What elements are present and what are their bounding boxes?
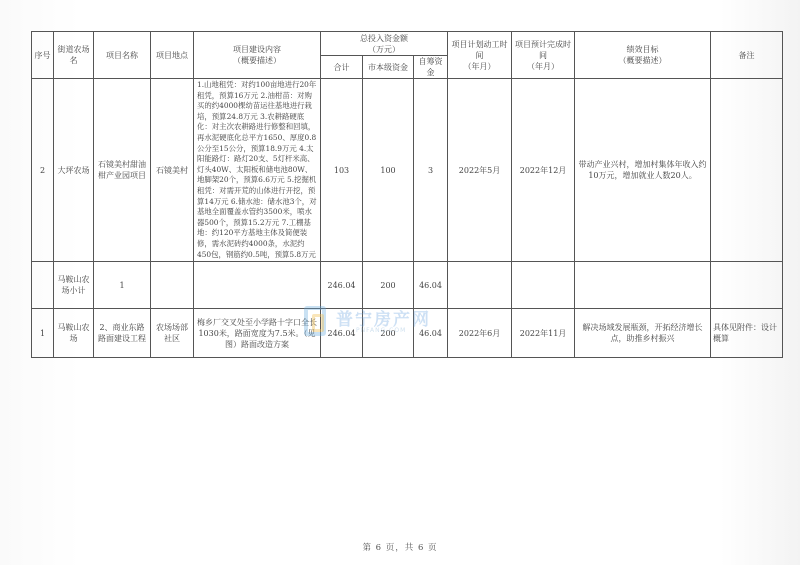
- cell-seq: 2: [32, 79, 54, 262]
- header-total-invest-title: 总投入资金额: [323, 33, 445, 44]
- cell-goal: 解决场域发展瓶颈，开拓经济增长点，助推乡村振兴: [575, 309, 711, 358]
- subtotal-row: 马鞍山农场小计 1 246.04 200 46.04: [32, 262, 783, 309]
- cell-street-farm: 马鞍山农场: [54, 309, 94, 358]
- header-goal-title: 绩效目标: [577, 44, 708, 55]
- cell-project-location: 石镜美村: [151, 79, 194, 262]
- header-project-name: 项目名称: [94, 32, 151, 79]
- cell-remarks: 具体见附件：设计概算: [711, 309, 783, 358]
- document-page: 序号 街道农场名 项目名称 项目地点 项目建设内容 （概要描述） 总投入资金额 …: [0, 0, 800, 565]
- header-self-funds: 自筹资金: [414, 56, 448, 79]
- cell-city-funds: 200: [363, 309, 414, 358]
- header-row: 序号 街道农场名 项目名称 项目地点 项目建设内容 （概要描述） 总投入资金额 …: [32, 32, 783, 56]
- header-total-invest-unit: （万元）: [323, 44, 445, 55]
- header-remarks: 备注: [711, 32, 783, 79]
- header-start-time-unit: （年月）: [450, 61, 509, 72]
- header-project-location: 项目地点: [151, 32, 194, 79]
- cell-self-funds: 46.04: [414, 262, 448, 309]
- cell-remarks: [711, 79, 783, 262]
- cell-street-farm: 大坪农场: [54, 79, 94, 262]
- project-table: 序号 街道农场名 项目名称 项目地点 项目建设内容 （概要描述） 总投入资金额 …: [31, 31, 783, 358]
- cell-seq: [32, 262, 54, 309]
- header-total-invest: 总投入资金额 （万元）: [321, 32, 448, 56]
- cell-start-time: [448, 262, 512, 309]
- header-end-time-title: 项目预计完成时间: [514, 39, 572, 61]
- cell-sum: 103: [321, 79, 363, 262]
- header-end-time: 项目预计完成时间 （年月）: [512, 32, 575, 79]
- header-start-time: 项目计划动工时间 （年月）: [448, 32, 512, 79]
- header-end-time-unit: （年月）: [514, 61, 572, 72]
- cell-project-location: [151, 262, 194, 309]
- header-street-farm: 街道农场名: [54, 32, 94, 79]
- header-content: 项目建设内容 （概要描述）: [194, 32, 321, 79]
- cell-end-time: 2022年12月: [512, 79, 575, 262]
- header-content-title: 项目建设内容: [196, 44, 318, 55]
- cell-street-farm: 马鞍山农场小计: [54, 262, 94, 309]
- table-row: 2 大坪农场 石镜美村甜油柑产业园项目 石镜美村 1.山地租凭：对约100亩地进…: [32, 79, 783, 262]
- cell-remarks: [711, 262, 783, 309]
- cell-project-name: 2、商业东路路面建设工程: [94, 309, 151, 358]
- cell-self-funds: 46.04: [414, 309, 448, 358]
- cell-project-count: 1: [94, 262, 151, 309]
- cell-seq: 1: [32, 309, 54, 358]
- header-start-time-title: 项目计划动工时间: [450, 39, 509, 61]
- cell-city-funds: 100: [363, 79, 414, 262]
- cell-project-location: 农场场部社区: [151, 309, 194, 358]
- cell-self-funds: 3: [414, 79, 448, 262]
- cell-start-time: 2022年6月: [448, 309, 512, 358]
- table-row: 1 马鞍山农场 2、商业东路路面建设工程 农场场部社区 梅乡厂交叉处至小学路十字…: [32, 309, 783, 358]
- cell-sum: 246.04: [321, 262, 363, 309]
- header-city-funds: 市本级资金: [363, 56, 414, 79]
- cell-city-funds: 200: [363, 262, 414, 309]
- cell-content: [194, 262, 321, 309]
- cell-content: 1.山地租凭：对约100亩地进行20年租凭，预算16万元 2.油柑苗：对购买的约…: [194, 79, 321, 262]
- header-goal: 绩效目标 （概要描述）: [575, 32, 711, 79]
- cell-goal: [575, 262, 711, 309]
- cell-start-time: 2022年5月: [448, 79, 512, 262]
- cell-project-name: 石镜美村甜油柑产业园项目: [94, 79, 151, 262]
- page-indicator: 第 6 页，共 6 页: [0, 541, 800, 553]
- cell-end-time: [512, 262, 575, 309]
- cell-goal: 带动产业兴村，增加村集体年收入约10万元，增加就业人数20人。: [575, 79, 711, 262]
- header-sum: 合计: [321, 56, 363, 79]
- cell-end-time: 2022年11月: [512, 309, 575, 358]
- header-goal-sub: （概要描述）: [577, 55, 708, 66]
- cell-content: 梅乡厂交叉处至小学路十字口全长1030米，路面宽度为7.5米。（见图）路面改造方…: [194, 309, 321, 358]
- header-seq: 序号: [32, 32, 54, 79]
- header-content-sub: （概要描述）: [196, 55, 318, 66]
- cell-sum: 246.04: [321, 309, 363, 358]
